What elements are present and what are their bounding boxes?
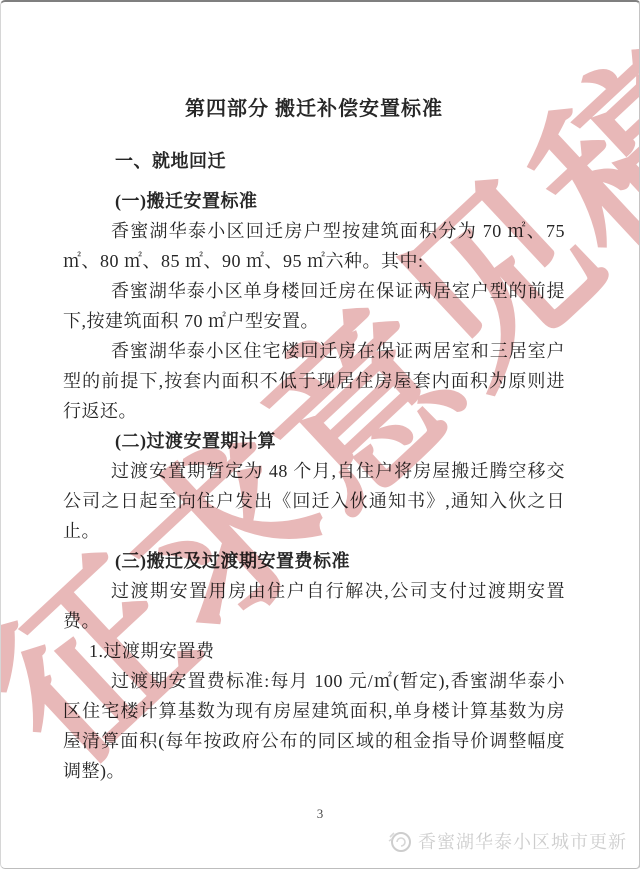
scanned-document-page: 征求意见稿 第四部分 搬迁补偿安置标准 一、就地回迁 (一)搬迁安置标准 香蜜湖… [0,0,640,869]
account-name: 香蜜湖华泰小区城市更新 [418,828,627,854]
footer-credit: 香蜜湖华泰小区城市更新 [388,828,627,854]
document-title: 第四部分 搬迁补偿安置标准 [63,94,565,124]
section-heading-relocation: 一、就地回迁 [63,146,565,176]
paragraph-transition-fee-standard: 过渡期安置费标准:每月 100 元/㎡(暂定),香蜜湖华泰小区住宅楼计算基数为现… [63,666,565,786]
document-body: 第四部分 搬迁补偿安置标准 一、就地回迁 (一)搬迁安置标准 香蜜湖华泰小区回迁… [1,2,639,786]
subsection-heading-transition-period: (二)过渡安置期计算 [63,426,565,456]
subsection-heading-fee-standard: (三)搬迁及过渡期安置费标准 [63,546,565,576]
paragraph-residential-building: 香蜜湖华泰小区住宅楼回迁房在保证两居室和三居室户型的前提下,按套内面积不低于现居… [63,336,565,426]
paragraph-unit-types: 香蜜湖华泰小区回迁房户型按建筑面积分为 70 ㎡、75 ㎡、80 ㎡、85 ㎡、… [63,216,565,276]
page-number: 3 [1,806,639,822]
paragraph-self-arranged-housing: 过渡期安置用房由住户自行解决,公司支付过渡期安置费。 [63,576,565,636]
official-account-logo-icon [388,829,412,853]
paragraph-transition-period: 过渡安置期暂定为 48 个月,自住户将房屋搬迁腾空移交公司之日起至向住户发出《回… [63,456,565,546]
subsection-heading-resettlement-standard: (一)搬迁安置标准 [63,186,565,216]
list-item-transition-fee: 1.过渡期安置费 [63,636,565,666]
paragraph-single-building: 香蜜湖华泰小区单身楼回迁房在保证两居室户型的前提下,按建筑面积 70 ㎡户型安置… [63,276,565,336]
